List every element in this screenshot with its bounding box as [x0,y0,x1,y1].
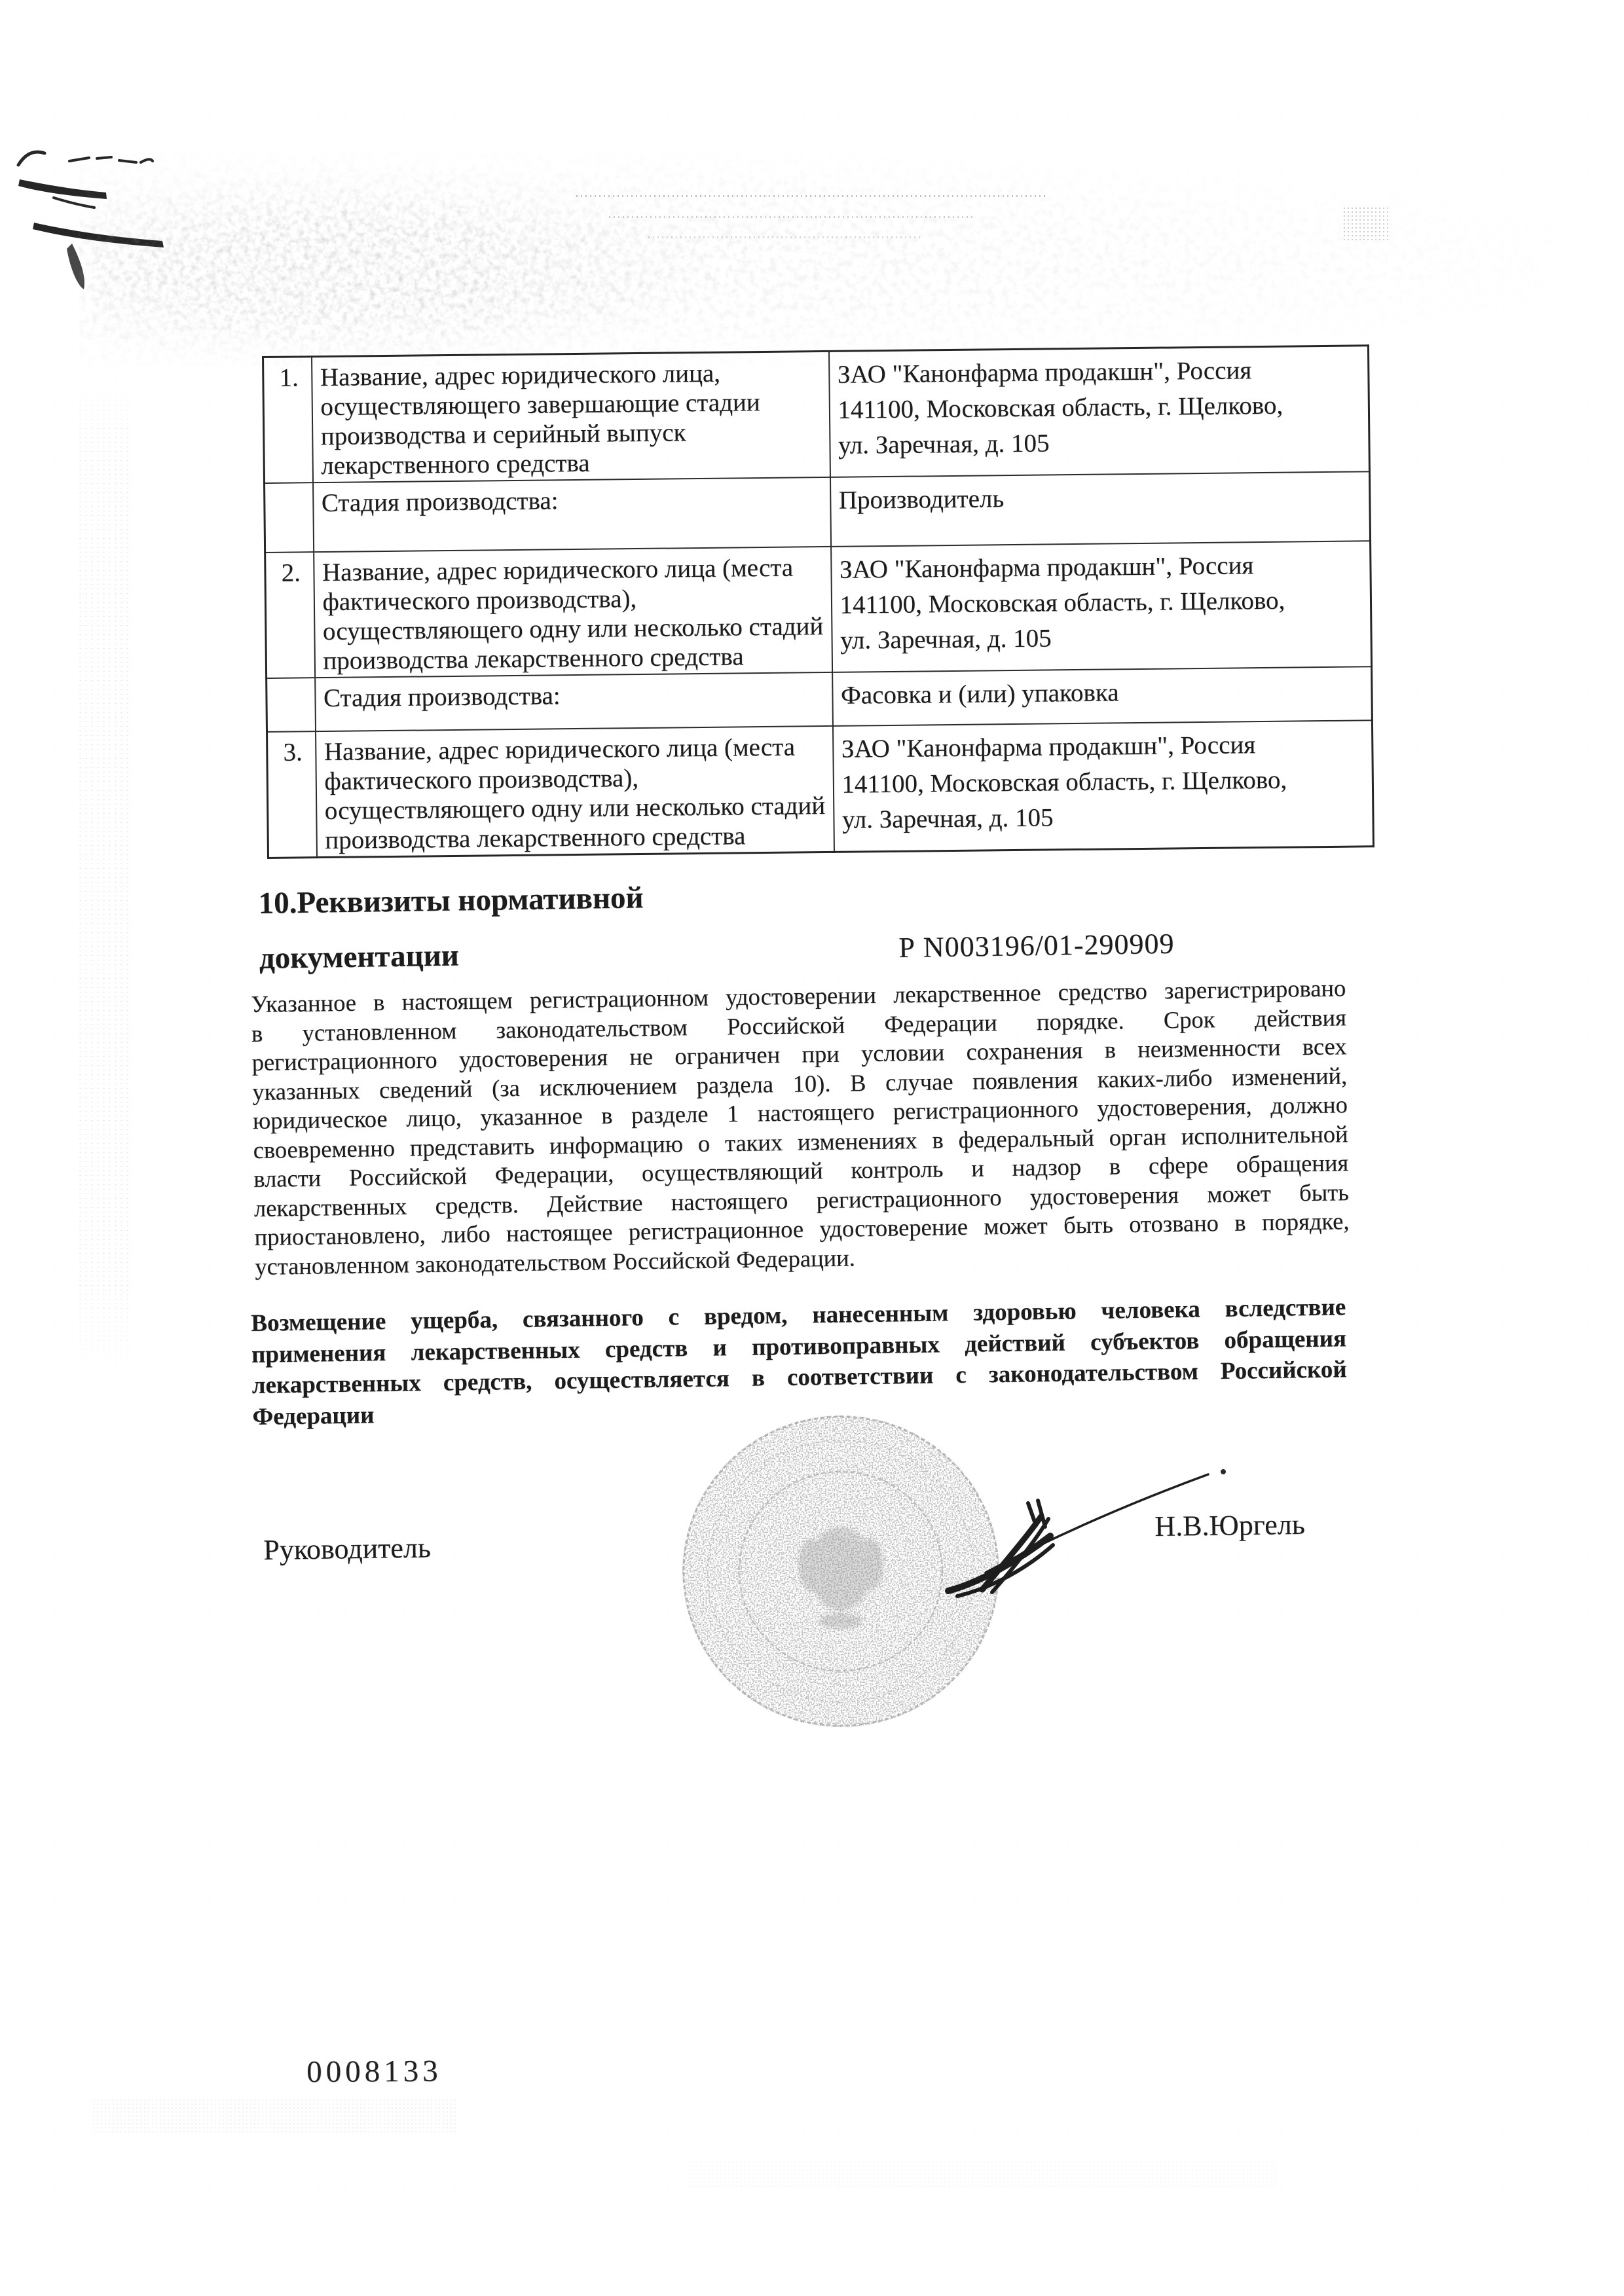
faded-dot-streak [576,195,1048,197]
value-cell: ЗАО "Канонфарма продакшн", Россия141100,… [831,541,1372,672]
signer-name: Н.В.Юргель [1154,1508,1305,1543]
text-line: Стадия производства: [323,678,826,713]
label-cell: Стадия производства: [313,477,831,552]
text-line: Стадия производства: [322,483,824,518]
text-line: Название, адрес юридического лица, [320,357,823,392]
table-row: Стадия производства: Производитель [265,471,1371,553]
row-number [265,483,314,553]
scan-smudge-cloud [92,167,720,370]
text-line: осуществляющего завершающие стадии [320,387,823,422]
registration-table: 1. Название, адрес юридического лица,осу… [262,344,1375,859]
label-cell: Название, адрес юридического лица (места… [316,726,834,858]
role-label: Руководитель [263,1531,431,1567]
row-number: 1. [263,357,313,483]
paragraph-liability: Возмещение ущерба, связанного с вредом, … [251,1292,1348,1432]
text-line: Производитель [839,477,1364,518]
text-line: ул. Заречная, д. 105 [840,617,1365,658]
text-line: ЗАО "Канонфарма продакшн", Россия [841,726,1367,767]
table-row: 1. Название, адрес юридического лица,осу… [263,346,1370,483]
text-line: осуществляющего одну или несколько стади… [325,791,828,826]
registration-number: Р N003196/01-290909 [898,927,1175,964]
section10-heading: 10.Реквизиты нормативнойдокументации [258,868,783,986]
text-line: фактического производства), [322,582,825,617]
paragraph-validity: Указанное в настоящем регистрационном уд… [251,974,1350,1281]
text-line: 10.Реквизиты нормативной [258,868,783,931]
row-number: 2. [265,552,315,678]
table-row: 2. Название, адрес юридического лица (ме… [265,541,1372,678]
text-line: ул. Заречная, д. 105 [838,422,1363,463]
text-line: фактического производства), [324,761,827,796]
text-line: документации [259,923,783,986]
text-line: производства лекарственного средства [325,820,828,855]
text-line: ул. Заречная, д. 105 [842,797,1367,837]
text-line: 141100, Московская область, г. Щелково, [841,761,1367,802]
label-cell: Стадия производства: [315,672,833,731]
margin-bleed-noise [77,367,132,1388]
label-cell: Название, адрес юридического лица (места… [314,547,832,678]
text-line: производства лекарственного средства [323,641,826,676]
faded-dot-streak [609,216,976,218]
value-cell: Фасовка и (или) упаковка [832,666,1373,726]
text-line: ЗАО "Канонфарма продакшн", Россия [840,547,1365,587]
serial-number: 0008133 [306,2054,442,2090]
text-line: ЗАО "Канонфарма продакшн", Россия [838,352,1363,392]
faded-dot-cluster [92,2098,458,2135]
value-cell: Производитель [830,471,1370,547]
row-number: 3. [267,731,317,858]
table-row: 3. Название, адрес юридического лица (ме… [267,720,1374,858]
label-cell: Название, адрес юридического лица,осущес… [312,351,830,483]
text-line: 141100, Московская область, г. Щелково, [838,387,1363,428]
row-number [267,678,316,732]
text-line: осуществляющего одну или несколько стади… [323,611,826,646]
value-cell: ЗАО "Канонфарма продакшн", Россия141100,… [832,720,1373,852]
faded-dot-streak [648,236,923,238]
faded-dot-cluster [1342,206,1388,240]
text-line: Название, адрес юридического лица (места [322,553,825,587]
text-line: лекарственного средства [321,446,824,481]
value-cell: ЗАО "Канонфарма продакшн", Россия141100,… [828,346,1369,477]
scanned-certificate-page: 1. Название, адрес юридического лица,осу… [0,0,1624,2296]
text-line: Название, адрес юридического лица (места [324,732,827,767]
text-line: производства и серийный выпуск [321,416,824,451]
text-line: Фасовка и (или) упаковка [841,672,1366,713]
faded-dot-cluster [688,2160,1277,2189]
text-line: 141100, Московская область, г. Щелково, [840,582,1365,623]
